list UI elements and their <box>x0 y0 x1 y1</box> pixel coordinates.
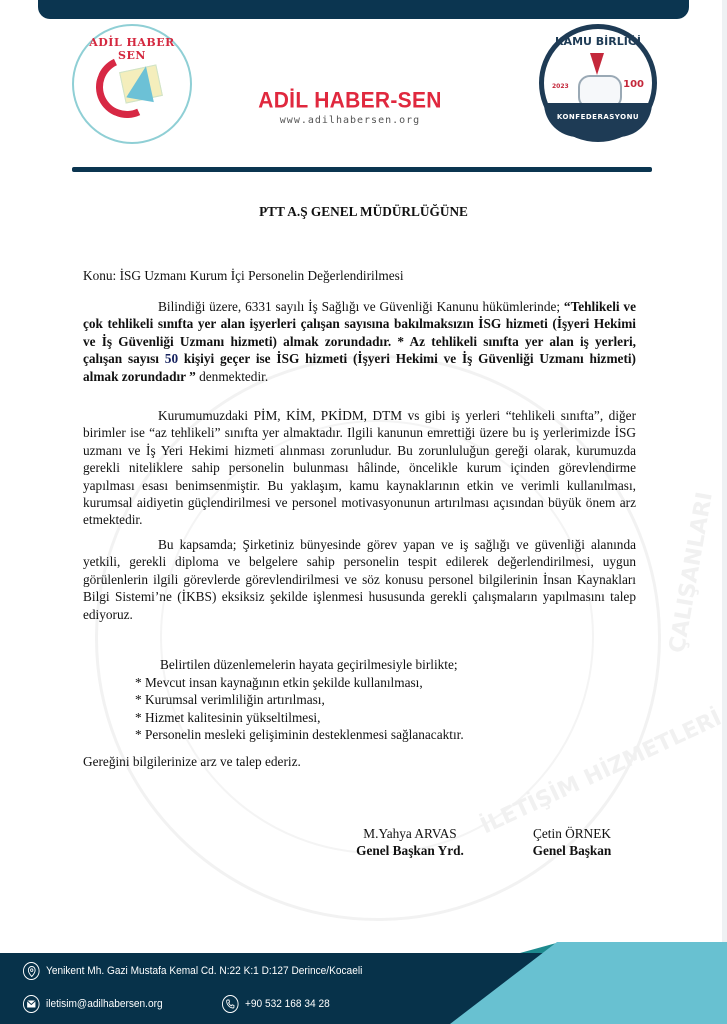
brand-name: ADİL HABER-SEN <box>230 89 470 112</box>
logo-right-year: 2023 <box>552 83 569 90</box>
list-item: * Personelin mesleki gelişiminin destekl… <box>135 726 464 743</box>
signatory-name: Çetin ÖRNEK <box>517 825 627 842</box>
p1-outro: denmektedir. <box>196 369 268 384</box>
adil-haber-sen-logo: ADİL HABER SEN <box>72 24 192 144</box>
footer-phone-text[interactable]: +90 532 168 34 28 <box>245 998 330 1010</box>
logo-right-band: KONFEDERASYONU <box>544 103 652 137</box>
p3-text: Bu kapsamda; Şirketiniz bünyesinde görev… <box>83 537 636 622</box>
list-item: * Hizmet kalitesinin yükseltilmesi, <box>135 709 464 726</box>
watermark-text-side: ÇALIŞANLARI <box>665 490 718 655</box>
header-divider <box>72 167 652 172</box>
list-item: * Mevcut insan kaynağının etkin şekilde … <box>135 674 464 691</box>
footer-email-text[interactable]: iletisim@adilhabersen.org <box>46 998 163 1010</box>
signatory-name: M.Yahya ARVAS <box>340 825 480 842</box>
signature-block-vice-president: M.Yahya ARVAS Genel Başkan Yrd. <box>340 825 480 859</box>
closing-line: Gereğini bilgilerinize arz ve talep eder… <box>83 754 301 770</box>
footer-email[interactable]: iletisim@adilhabersen.org <box>23 995 163 1013</box>
signatory-role: Genel Başkan Yrd. <box>340 842 480 859</box>
brand-url: www.adilhabersen.org <box>230 115 470 126</box>
flag-graphic <box>590 53 604 75</box>
location-pin-icon <box>23 962 40 980</box>
list-item: * Kurumsal verimliliğin artırılması, <box>135 691 464 708</box>
list-lead: Belirtilen düzenlemelerin hayata geçiril… <box>160 657 458 673</box>
paragraph-3: Bu kapsamda; Şirketiniz bünyesinde görev… <box>83 536 636 623</box>
footer-address: Yenikent Mh. Gazi Mustafa Kemal Cd. N:22… <box>23 962 362 980</box>
signatory-role: Genel Başkan <box>517 842 627 859</box>
envelope-icon <box>23 995 40 1013</box>
paragraph-1: Bilindiği üzere, 6331 sayılı İş Sağlığı … <box>83 298 636 385</box>
page-edge <box>722 0 727 1024</box>
logo-right-badge: 100 <box>623 79 644 90</box>
paragraph-2: Kurumumuzdaki PİM, KİM, PKİDM, DTM vs gi… <box>83 407 636 529</box>
footer-address-text: Yenikent Mh. Gazi Mustafa Kemal Cd. N:22… <box>46 965 362 977</box>
footer-phone[interactable]: +90 532 168 34 28 <box>222 995 330 1013</box>
header-top-bar <box>38 0 689 19</box>
signature-block-president: Çetin ÖRNEK Genel Başkan <box>517 825 627 859</box>
p2-text: Kurumumuzdaki PİM, KİM, PKİDM, DTM vs gi… <box>83 408 636 527</box>
p1-number: 50 <box>165 351 178 366</box>
benefits-list: * Mevcut insan kaynağının etkin şekilde … <box>135 674 464 744</box>
logo-right-band-text: KONFEDERASYONU <box>544 113 652 121</box>
subject-line: Konu: İSG Uzmanı Kurum İçi Personelin De… <box>83 268 404 284</box>
brand-block: ADİL HABER-SEN www.adilhabersen.org <box>230 90 470 126</box>
kamu-birligi-logo: KAMU BİRLİĞİ 2023 100 KONFEDERASYONU <box>539 24 657 142</box>
p1-intro: Bilindiği üzere, 6331 sayılı İş Sağlığı … <box>158 299 564 314</box>
recipient-title: PTT A.Ş GENEL MÜDÜRLÜĞÜNE <box>0 204 727 220</box>
phone-icon <box>222 995 239 1013</box>
logo-right-title: KAMU BİRLİĞİ <box>544 35 652 48</box>
